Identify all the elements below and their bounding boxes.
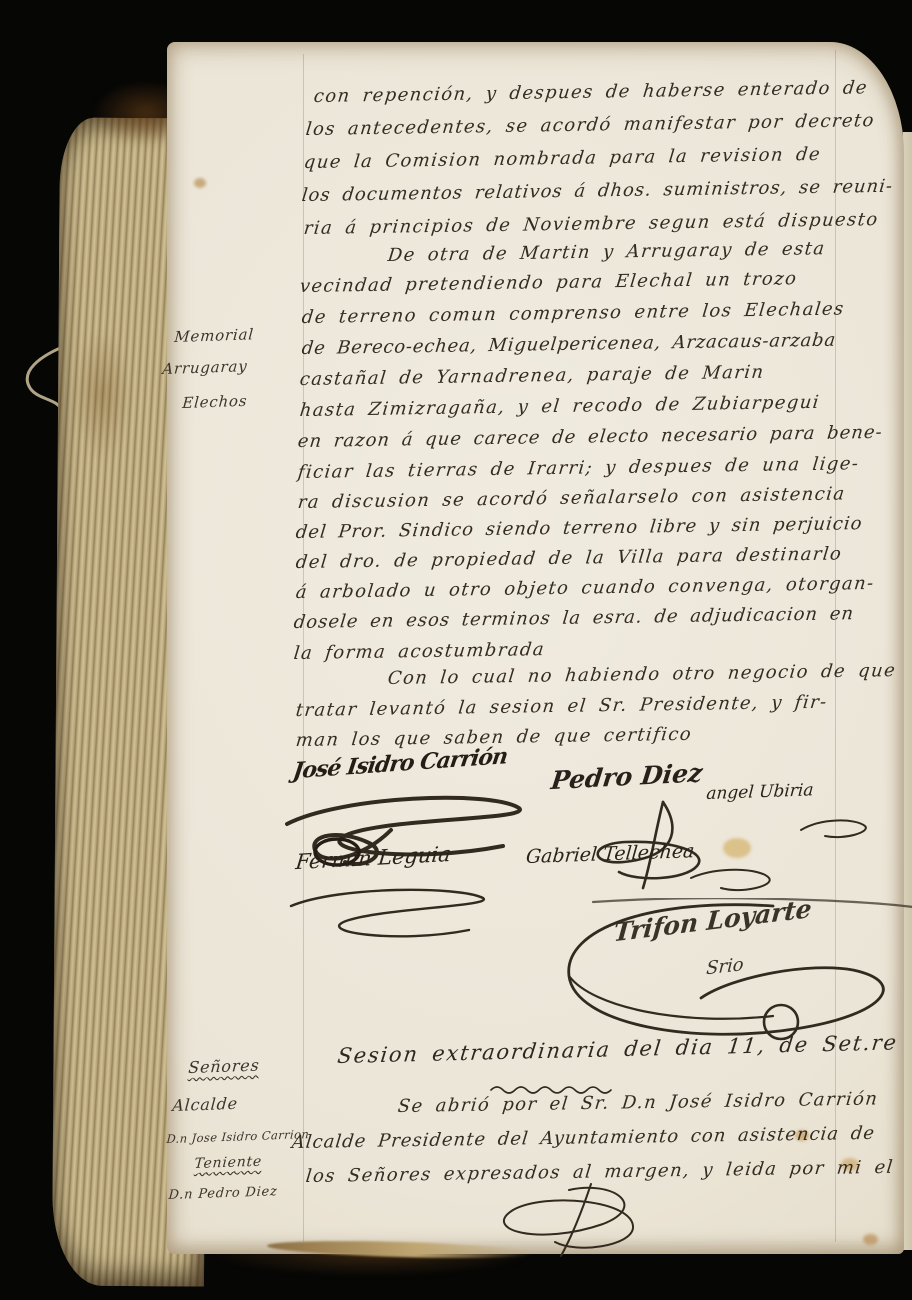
margin-note-teniente: Teniente bbox=[194, 1154, 263, 1172]
margin-note-memorial-line: Elechos bbox=[182, 392, 248, 412]
text-line: Con lo cual no habiendo otro negocio de … bbox=[387, 660, 897, 689]
text-line: de terreno comun comprenso entre los Ele… bbox=[301, 298, 846, 328]
bottom-ink-flourish bbox=[473, 1182, 673, 1260]
text-line: Se abrió por el Sr. D.n José Isidro Carr… bbox=[397, 1088, 880, 1117]
text-line: en razon á que carece de electo necesari… bbox=[297, 422, 884, 452]
text-line: Alcalde Presidente del Ayuntamiento con … bbox=[291, 1123, 876, 1153]
text-line: á arbolado u otro objeto cuando convenga… bbox=[295, 573, 876, 603]
signature-angel-ubiria: angel Ubiria bbox=[706, 780, 815, 804]
text-line: castañal de Yarnadrenea, paraje de Marin bbox=[299, 362, 766, 390]
margin-note-senores: Señores bbox=[188, 1056, 261, 1078]
page-stain bbox=[194, 178, 206, 188]
margin-note-alcalde-name: D.n Jose Isidro Carrion bbox=[166, 1127, 310, 1146]
text-line: ra discusion se acordó señalarselo con a… bbox=[297, 483, 847, 513]
text-line: del Pror. Sindico siendo terreno libre y… bbox=[295, 513, 864, 543]
page-stain bbox=[723, 838, 751, 858]
signature-rubric bbox=[687, 864, 777, 898]
text-line: los documentos relativos á dhos. suminis… bbox=[301, 176, 894, 206]
manuscript-page: con repención, y despues de haberse ente… bbox=[167, 42, 904, 1254]
text-line: ficiar las tierras de Irarri; y despues … bbox=[297, 453, 861, 483]
text-line: los antecedentes, se acordó manifestar p… bbox=[305, 110, 876, 140]
signature-pedro-diez: Pedro Diez bbox=[549, 758, 704, 795]
page-stain bbox=[863, 1234, 878, 1245]
text-line: de Bereco-echea, Miguelpericenea, Arzaca… bbox=[301, 330, 837, 359]
margin-note-alcalde: Alcalde bbox=[172, 1094, 239, 1115]
signature-rubric bbox=[795, 814, 875, 844]
text-line: del dro. de propiedad de la Villa para d… bbox=[295, 543, 844, 573]
text-line: hasta Zimizragaña, y el recodo de Zubiar… bbox=[299, 392, 821, 421]
text-line: De otra de Martin y Arrugaray de esta bbox=[387, 238, 827, 266]
text-line: vecindad pretendiendo para Elechal un tr… bbox=[299, 268, 799, 297]
margin-note-teniente-name: D.n Pedro Diez bbox=[168, 1184, 278, 1203]
margin-note-memorial-line: Memorial bbox=[174, 325, 255, 346]
text-line: que la Comision nombrada para la revisio… bbox=[303, 144, 822, 173]
text-line: dosele en esos terminos la esra. de adju… bbox=[293, 603, 855, 633]
text-line: ria á principios de Noviembre segun está… bbox=[303, 209, 880, 239]
text-line: la forma acostumbrada bbox=[293, 639, 546, 664]
signature-rubric bbox=[279, 884, 499, 948]
stack-mid-stain bbox=[72, 330, 132, 460]
scanned-manuscript-photo: con repención, y despues de haberse ente… bbox=[0, 0, 912, 1300]
text-line: tratar levantó la sesion el Sr. Presiden… bbox=[295, 692, 829, 721]
text-line: con repención, y despues de haberse ente… bbox=[313, 77, 869, 107]
margin-note-memorial-line: Arrugaray bbox=[162, 357, 248, 378]
